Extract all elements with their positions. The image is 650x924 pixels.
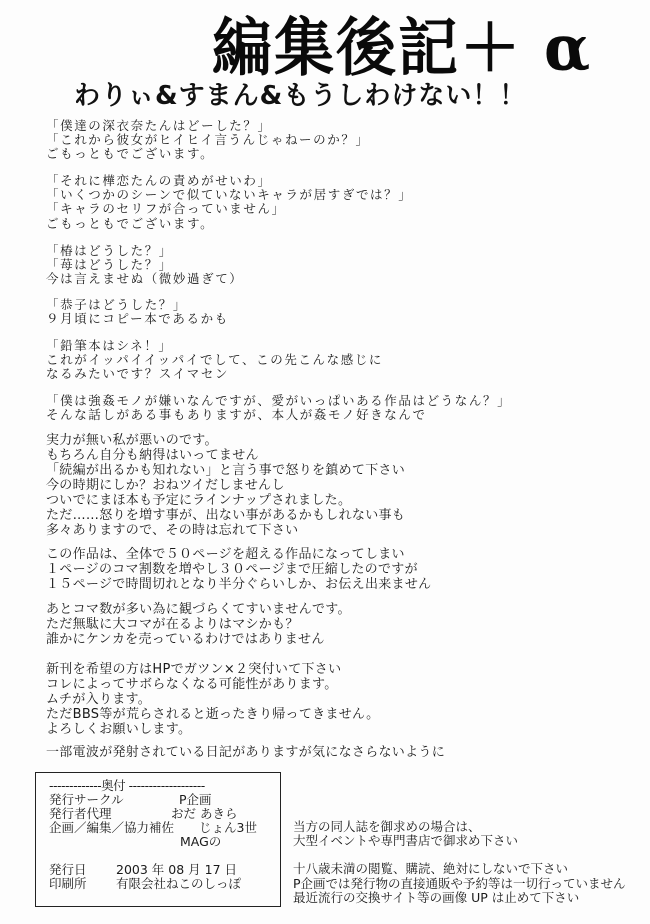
notice-line: 最近流行の交換サイト等の画像 UP は止めて下さい <box>293 891 626 905</box>
notice-block: 当方の同人誌を御求めの場合は、 大型イベントや専門書店で御求め下さい 十八歳未満… <box>293 820 626 905</box>
colophon-label: 印刷所 <box>49 877 116 891</box>
colophon-row-staff-2: MAGの <box>49 835 280 849</box>
colophon-value: 2003 年 08 月 17 日 <box>116 863 237 877</box>
text-line: もちろん自分も納得はいってません <box>46 448 626 463</box>
title-text: 編集後記＋ <box>212 12 522 85</box>
page-title: 編集後記＋α <box>212 14 592 83</box>
colophon-row-publisher: 発行者代理 おだ あきら <box>49 807 280 821</box>
colophon-row-staff: 企画／編集／協力補佐 じょん3世 <box>49 821 280 835</box>
notice-line: 当方の同人誌を御求めの場合は、 <box>293 820 626 834</box>
text-line: ただBBS等が荒らされると逝ったきり帰ってきません。 <box>46 707 626 722</box>
title-alpha: α <box>544 12 592 85</box>
text-line: １５ページで時間切れとなり半分ぐらいしか、お伝え出来ません <box>46 577 626 592</box>
colophon-row-circle: 発行サークル P企画 <box>49 793 280 807</box>
paragraph-3: あとコマ数が多い為に観づらくてすいませんです。 ただ無駄に大コマが在るよりはマシ… <box>46 602 626 647</box>
qa-block-4: 「恭子はどうした？」 ９月頃にコピー本であるかも <box>46 298 626 326</box>
colophon-value: 有限会社ねこのしっぽ <box>116 877 241 891</box>
paragraph-4: 新刊を希望の方はHPでガツン×２突付いて下さい コレによってサボらなくなる可能性… <box>46 662 626 737</box>
text-line: ついでにまほ本も予定にラインナップされました。 <box>46 493 626 508</box>
qa-block-5: 「鉛筆本はシネ！」 これがイッパイイッパイでして、この先こんな感じに なるみたい… <box>46 339 626 382</box>
text-line: 「苺はどうした？」 <box>46 258 626 272</box>
text-line: ムチが入ります。 <box>46 692 626 707</box>
text-line: 「これから彼女がヒイヒイ言うんじゃねーのか？」 <box>46 133 626 147</box>
text-line: コレによってサボらなくなる可能性があります。 <box>46 677 626 692</box>
notice-line: 十八歳未満の閲覧、購読、絶対にしないで下さい <box>293 862 626 876</box>
colophon-header: -------------奥付 ------------------- <box>49 779 280 793</box>
text-line: 「椿はどうした？」 <box>46 244 626 258</box>
spacer <box>293 848 626 862</box>
text-line: これがイッパイイッパイでして、この先こんな感じに <box>46 353 626 367</box>
colophon-label: 企画／編集／協力補佐 <box>49 821 199 835</box>
qa-block-3: 「椿はどうした？」 「苺はどうした？」 今は言えませぬ（微妙過ぎて） <box>46 244 626 287</box>
colophon-box: -------------奥付 ------------------- 発行サー… <box>35 772 281 907</box>
colophon-value: MAGの <box>180 835 221 849</box>
qa-block-1: 「僕達の深衣奈たんはどーした？」 「これから彼女がヒイヒイ言うんじゃねーのか？」… <box>46 119 626 162</box>
colophon-label: 発行サークル <box>49 793 179 807</box>
text-line: ただ……怒りを増す事が、出ない事があるかもしれない事も <box>46 508 626 523</box>
text-line: 今の時期にしか？おねツイだしませんし <box>46 478 626 493</box>
colophon-label: 発行日 <box>49 863 116 877</box>
text-line: 誰かにケンカを売っているわけではありません <box>46 632 626 647</box>
text-line: 今は言えませぬ（微妙過ぎて） <box>46 272 626 286</box>
text-line: １ページのコマ割数を増やし３０ページまで圧縮したのですが <box>46 562 626 577</box>
text-line: そんな話しがある事もありますが、本人が姦モノ好きなんで <box>46 408 626 422</box>
paragraph-1: 実力が無い私が悪いのです。 もちろん自分も納得はいってません 「続編が出るかも知… <box>46 433 626 538</box>
text-line: 「それに樺恋たんの責めがせいわ」 <box>46 174 626 188</box>
spacer <box>49 835 180 849</box>
text-line: なるみたいです？スイマセン <box>46 367 626 381</box>
text-line: この作品は、全体で５０ページを超える作品になってしまい <box>46 547 626 562</box>
text-line: よろしくお願いします。 <box>46 722 626 737</box>
text-line: 「キャラのセリフが合っていません」 <box>46 202 626 216</box>
paragraph-2: この作品は、全体で５０ページを超える作品になってしまい １ページのコマ割数を増や… <box>46 547 626 592</box>
qa-block-6: 「僕は強姦モノが嫌いなんですが、愛がいっぱいある作品はどうなん？」 そんな話しが… <box>46 394 626 422</box>
paragraph-5: 一部電波が発射されている日記がありますが気になさらないように <box>46 745 626 760</box>
text-line: あとコマ数が多い為に観づらくてすいませんです。 <box>46 602 626 617</box>
text-line: 「続編が出るかも知れない」と言う事で怒りを鎮めて下さい <box>46 463 626 478</box>
text-line: 「いくつかのシーンで似ていないキャラが居すぎでは？」 <box>46 188 626 202</box>
text-line: 多々ありますので、その時は忘れて下さい <box>46 523 626 538</box>
colophon-value: おだ あきら <box>171 807 237 821</box>
text-line: 新刊を希望の方はHPでガツン×２突付いて下さい <box>46 662 626 677</box>
text-line: ごもっともでございます。 <box>46 147 626 161</box>
colophon-label: 発行者代理 <box>49 807 171 821</box>
colophon-row-date: 発行日 2003 年 08 月 17 日 <box>49 863 280 877</box>
text-line: ただ無駄に大コマが在るよりはマシかも？ <box>46 617 626 632</box>
colophon-row-printer: 印刷所 有限会社ねこのしっぽ <box>49 877 280 891</box>
text-line: 「恭子はどうした？」 <box>46 298 626 312</box>
text-line: 「鉛筆本はシネ！」 <box>46 339 626 353</box>
text-line: 実力が無い私が悪いのです。 <box>46 433 626 448</box>
qa-block-2: 「それに樺恋たんの責めがせいわ」 「いくつかのシーンで似ていないキャラが居すぎで… <box>46 174 626 231</box>
text-line: 「僕は強姦モノが嫌いなんですが、愛がいっぱいある作品はどうなん？」 <box>46 394 626 408</box>
colophon-value: じょん3世 <box>199 821 257 835</box>
page-subtitle: わりぃ&すまん&もうしわけない！！ <box>74 80 526 112</box>
text-line: ９月頃にコピー本であるかも <box>46 312 626 326</box>
text-line: 一部電波が発射されている日記がありますが気になさらないように <box>46 745 626 760</box>
notice-line: P企画では発行物の直接通販や予約等は一切行っていません <box>293 877 626 891</box>
colophon-value: P企画 <box>179 793 212 807</box>
text-line: ごもっともでございます。 <box>46 217 626 231</box>
notice-line: 大型イベントや専門書店で御求め下さい <box>293 834 626 848</box>
text-line: 「僕達の深衣奈たんはどーした？」 <box>46 119 626 133</box>
spacer <box>49 849 280 863</box>
